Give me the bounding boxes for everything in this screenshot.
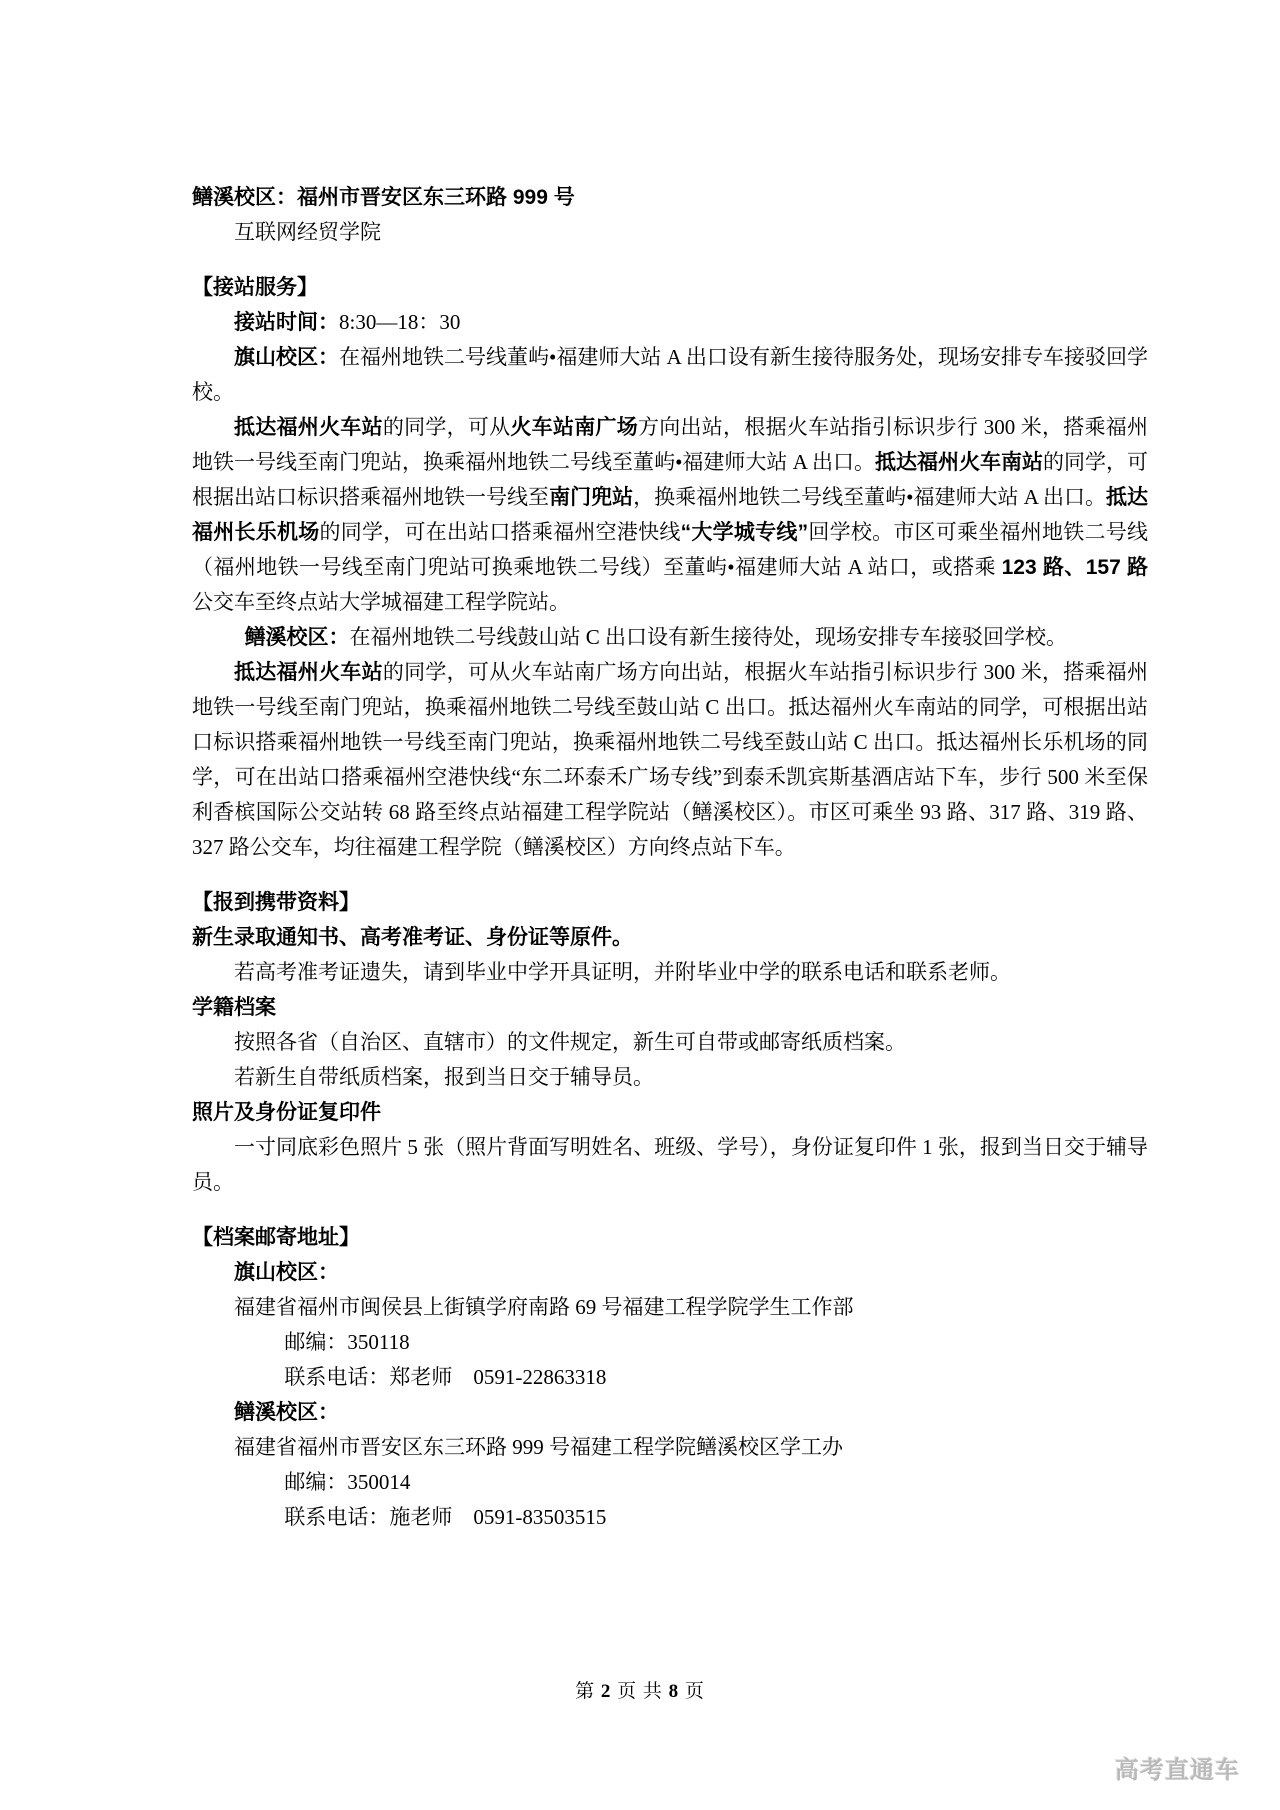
- bold-text-run: 抵达福州火车南站: [875, 451, 1043, 474]
- shanxi-mailing-address: 福建省福州市晋安区东三环路 999 号福建工程学院鳝溪校区学工办: [192, 1430, 1148, 1465]
- bold-text-run: 接站时间：: [234, 311, 339, 334]
- bold-text-run: 【报到携带资料】: [192, 891, 360, 914]
- shanxi-contact-phone: 联系电话：施老师 0591-83503515: [192, 1500, 1148, 1535]
- bold-text-run: 抵达福州火车站: [234, 416, 383, 439]
- page-footer: 第 2 页 共 8 页: [0, 1676, 1280, 1703]
- bold-text-run: “大学城专线”: [681, 521, 808, 544]
- bold-text-run: 鳝溪校区：: [245, 626, 350, 649]
- shanxi-campus-label: 鳝溪校区：: [192, 1395, 1148, 1430]
- bold-text-run: 【档案邮寄地址】: [192, 1226, 360, 1249]
- document-body: 鳝溪校区：福州市晋安区东三环路 999 号互联网经贸学院【接站服务】接站时间：8…: [192, 180, 1148, 1535]
- text-run: 按照各省（自治区、直辖市）的文件规定，新生可自带或邮寄纸质档案。: [234, 1030, 906, 1054]
- shanxi-directions-paragraph: 抵达福州火车站的同学，可从火车站南广场方向出站，根据火车站指引标识步行 300 …: [192, 655, 1148, 865]
- bold-text-run: 照片及身份证复印件: [192, 1101, 381, 1124]
- pickup-time-line: 接站时间：8:30—18：30: [192, 305, 1148, 340]
- bold-text-run: 2: [601, 1681, 612, 1702]
- qishan-campus-label: 旗山校区：: [192, 1255, 1148, 1290]
- bold-text-run: 旗山校区：: [234, 346, 339, 369]
- section-heading-archive-mailing-address: 【档案邮寄地址】: [192, 1220, 1148, 1255]
- bold-text-run: 旗山校区：: [234, 1261, 339, 1284]
- archives-self-carry-note: 若新生自带纸质档案，报到当日交于辅导员。: [192, 1060, 1148, 1095]
- photo-id-details-paragraph: 一寸同底彩色照片 5 张（照片背面写明姓名、班级、学号），身份证复印件 1 张，…: [192, 1130, 1148, 1200]
- text-run: 福建省福州市晋安区东三环路 999 号福建工程学院鳝溪校区学工办: [234, 1435, 843, 1459]
- text-run: 页 共: [611, 1681, 668, 1702]
- text-run: 在福州地铁二号线鼓山站 C 出口设有新生接待处，现场安排专车接驳回学校。: [350, 625, 1068, 649]
- text-run: 若高考准考证遗失，请到毕业中学开具证明，并附毕业中学的联系电话和联系老师。: [234, 960, 1011, 984]
- bold-text-run: 鳝溪校区：福州市晋安区东三环路 999 号: [192, 186, 575, 209]
- bold-text-run: 新生录取通知书、高考准考证、身份证等原件。: [192, 926, 633, 949]
- section-heading-registration-materials: 【报到携带资料】: [192, 885, 1148, 920]
- text-run: 的同学，可从火车站南广场方向出站，根据火车站指引标识步行 300 米，搭乘福州地…: [192, 660, 1148, 859]
- qishan-contact-phone: 联系电话：郑老师 0591-22863318: [192, 1360, 1148, 1395]
- materials-lost-certificate-note: 若高考准考证遗失，请到毕业中学开具证明，并附毕业中学的联系电话和联系老师。: [192, 955, 1148, 990]
- text-run: 8:30—18：30: [339, 310, 460, 334]
- archives-provinces-note: 按照各省（自治区、直辖市）的文件规定，新生可自带或邮寄纸质档案。: [192, 1025, 1148, 1060]
- text-run: 互联网经贸学院: [234, 220, 381, 244]
- text-run: 的同学，可在出站口搭乘福州空港快线: [319, 520, 680, 544]
- shanxi-postal-code: 邮编：350014: [192, 1465, 1148, 1500]
- text-run: 若新生自带纸质档案，报到当日交于辅导员。: [234, 1065, 654, 1089]
- qishan-campus-pickup-paragraph: 旗山校区：在福州地铁二号线董屿•福建师大站 A 出口设有新生接待服务处，现场安排…: [192, 340, 1148, 410]
- bold-text-run: 火车站南广场: [510, 416, 638, 439]
- shanxi-campus-pickup-paragraph: 鳝溪校区：在福州地铁二号线鼓山站 C 出口设有新生接待处，现场安排专车接驳回学校…: [192, 620, 1148, 655]
- bold-text-run: 123 路、157 路: [1002, 556, 1148, 579]
- qishan-postal-code: 邮编：350118: [192, 1325, 1148, 1360]
- bold-text-run: 抵达福州火车站: [234, 661, 383, 684]
- section-heading-pickup-service: 【接站服务】: [192, 270, 1148, 305]
- text-run: ，换乘福州地铁二号线至董屿•福建师大站 A 出口。: [633, 485, 1106, 509]
- text-run: 邮编：350014: [284, 1470, 410, 1494]
- bold-text-run: 8: [669, 1681, 680, 1702]
- text-run: 邮编：350118: [284, 1330, 409, 1354]
- text-run: 福建省福州市闽侯县上街镇学府南路 69 号福建工程学院学生工作部: [234, 1295, 854, 1319]
- bold-text-run: 学籍档案: [192, 996, 276, 1019]
- materials-originals-line: 新生录取通知书、高考准考证、身份证等原件。: [192, 920, 1148, 955]
- shanxi-campus-address-title: 鳝溪校区：福州市晋安区东三环路 999 号: [192, 180, 1148, 215]
- qishan-mailing-address: 福建省福州市闽侯县上街镇学府南路 69 号福建工程学院学生工作部: [192, 1290, 1148, 1325]
- text-run: 页: [679, 1681, 705, 1702]
- text-run: 联系电话：郑老师 0591-22863318: [284, 1365, 606, 1389]
- text-run: 一寸同底彩色照片 5 张（照片背面写明姓名、班级、学号），身份证复印件 1 张，…: [192, 1135, 1148, 1194]
- text-run: 公交车至终点站大学城福建工程学院站。: [192, 590, 570, 614]
- internet-trade-college-line: 互联网经贸学院: [192, 215, 1148, 250]
- qishan-directions-paragraph: 抵达福州火车站的同学，可从火车站南广场方向出站，根据火车站指引标识步行 300 …: [192, 410, 1148, 620]
- text-run: 第: [575, 1681, 601, 1702]
- bold-text-run: 南门兜站: [549, 486, 633, 509]
- materials-archives-subhead: 学籍档案: [192, 990, 1148, 1025]
- text-run: 联系电话：施老师 0591-83503515: [284, 1505, 606, 1529]
- materials-photo-id-subhead: 照片及身份证复印件: [192, 1095, 1148, 1130]
- bold-text-run: 【接站服务】: [192, 276, 318, 299]
- bold-text-run: 鳝溪校区：: [234, 1401, 339, 1424]
- text-run: 的同学，可从: [383, 415, 511, 439]
- watermark-text: 高考直通车: [1115, 1750, 1240, 1785]
